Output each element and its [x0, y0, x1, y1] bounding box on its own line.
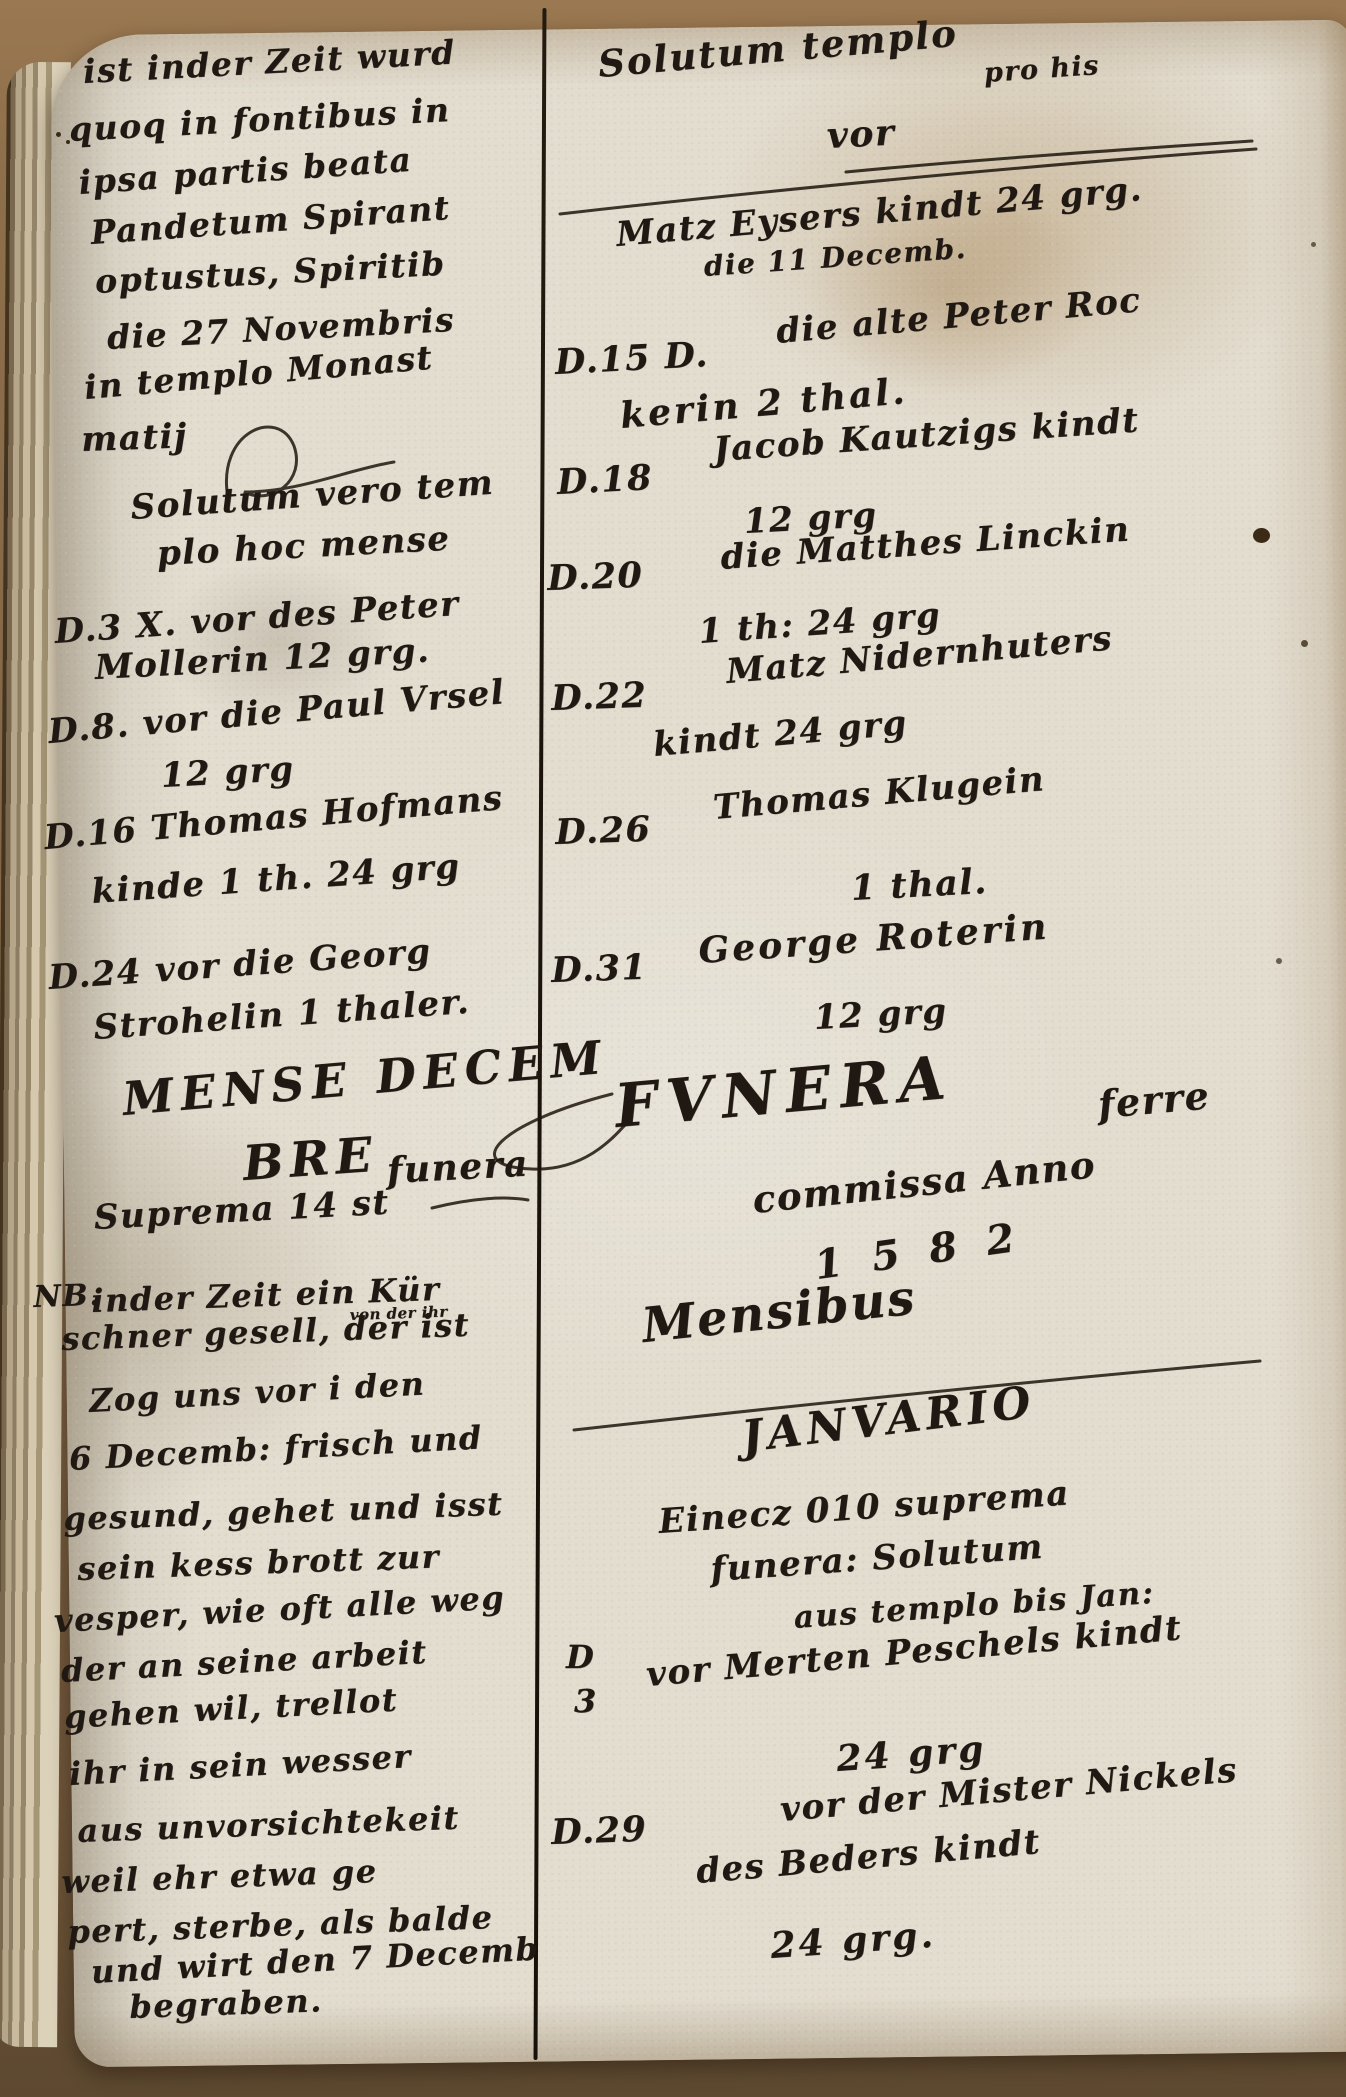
- day-marker-d15: D.15 D.: [554, 334, 710, 383]
- day-marker-d: D: [566, 1638, 595, 1676]
- heading-funera-word: funera: [386, 1143, 530, 1192]
- day-marker-d26: D.26: [555, 809, 652, 853]
- entry-d31-amount: 12 grg: [813, 991, 949, 1038]
- day-marker-3: 3: [574, 1682, 598, 1720]
- ink-speck: [1276, 958, 1282, 964]
- nb-note-line: begraben.: [129, 1981, 324, 2026]
- left-line: matij: [81, 416, 189, 460]
- right-heading-vor: vor: [826, 111, 897, 157]
- day-marker-d31: D.31: [551, 947, 648, 991]
- day-marker-d18: D.18: [556, 457, 654, 503]
- ink-speck: [1311, 242, 1316, 247]
- entry-d26-amount: 1 thal.: [850, 861, 989, 909]
- ink-blot: [1253, 528, 1270, 543]
- day-marker-d20: D.20: [547, 555, 644, 599]
- day-marker-d22: D.22: [551, 675, 648, 719]
- day-marker-d29: D.29: [551, 1809, 648, 1853]
- entry-d8-amount: 12 grg: [160, 749, 296, 796]
- scanned-manuscript-photo: ist inder Zeit wurd quoq in fontibus in …: [0, 0, 1346, 2097]
- ink-speck: [56, 132, 61, 137]
- ink-speck: [1301, 640, 1308, 647]
- heading-mense-decembre: BRE: [241, 1127, 380, 1192]
